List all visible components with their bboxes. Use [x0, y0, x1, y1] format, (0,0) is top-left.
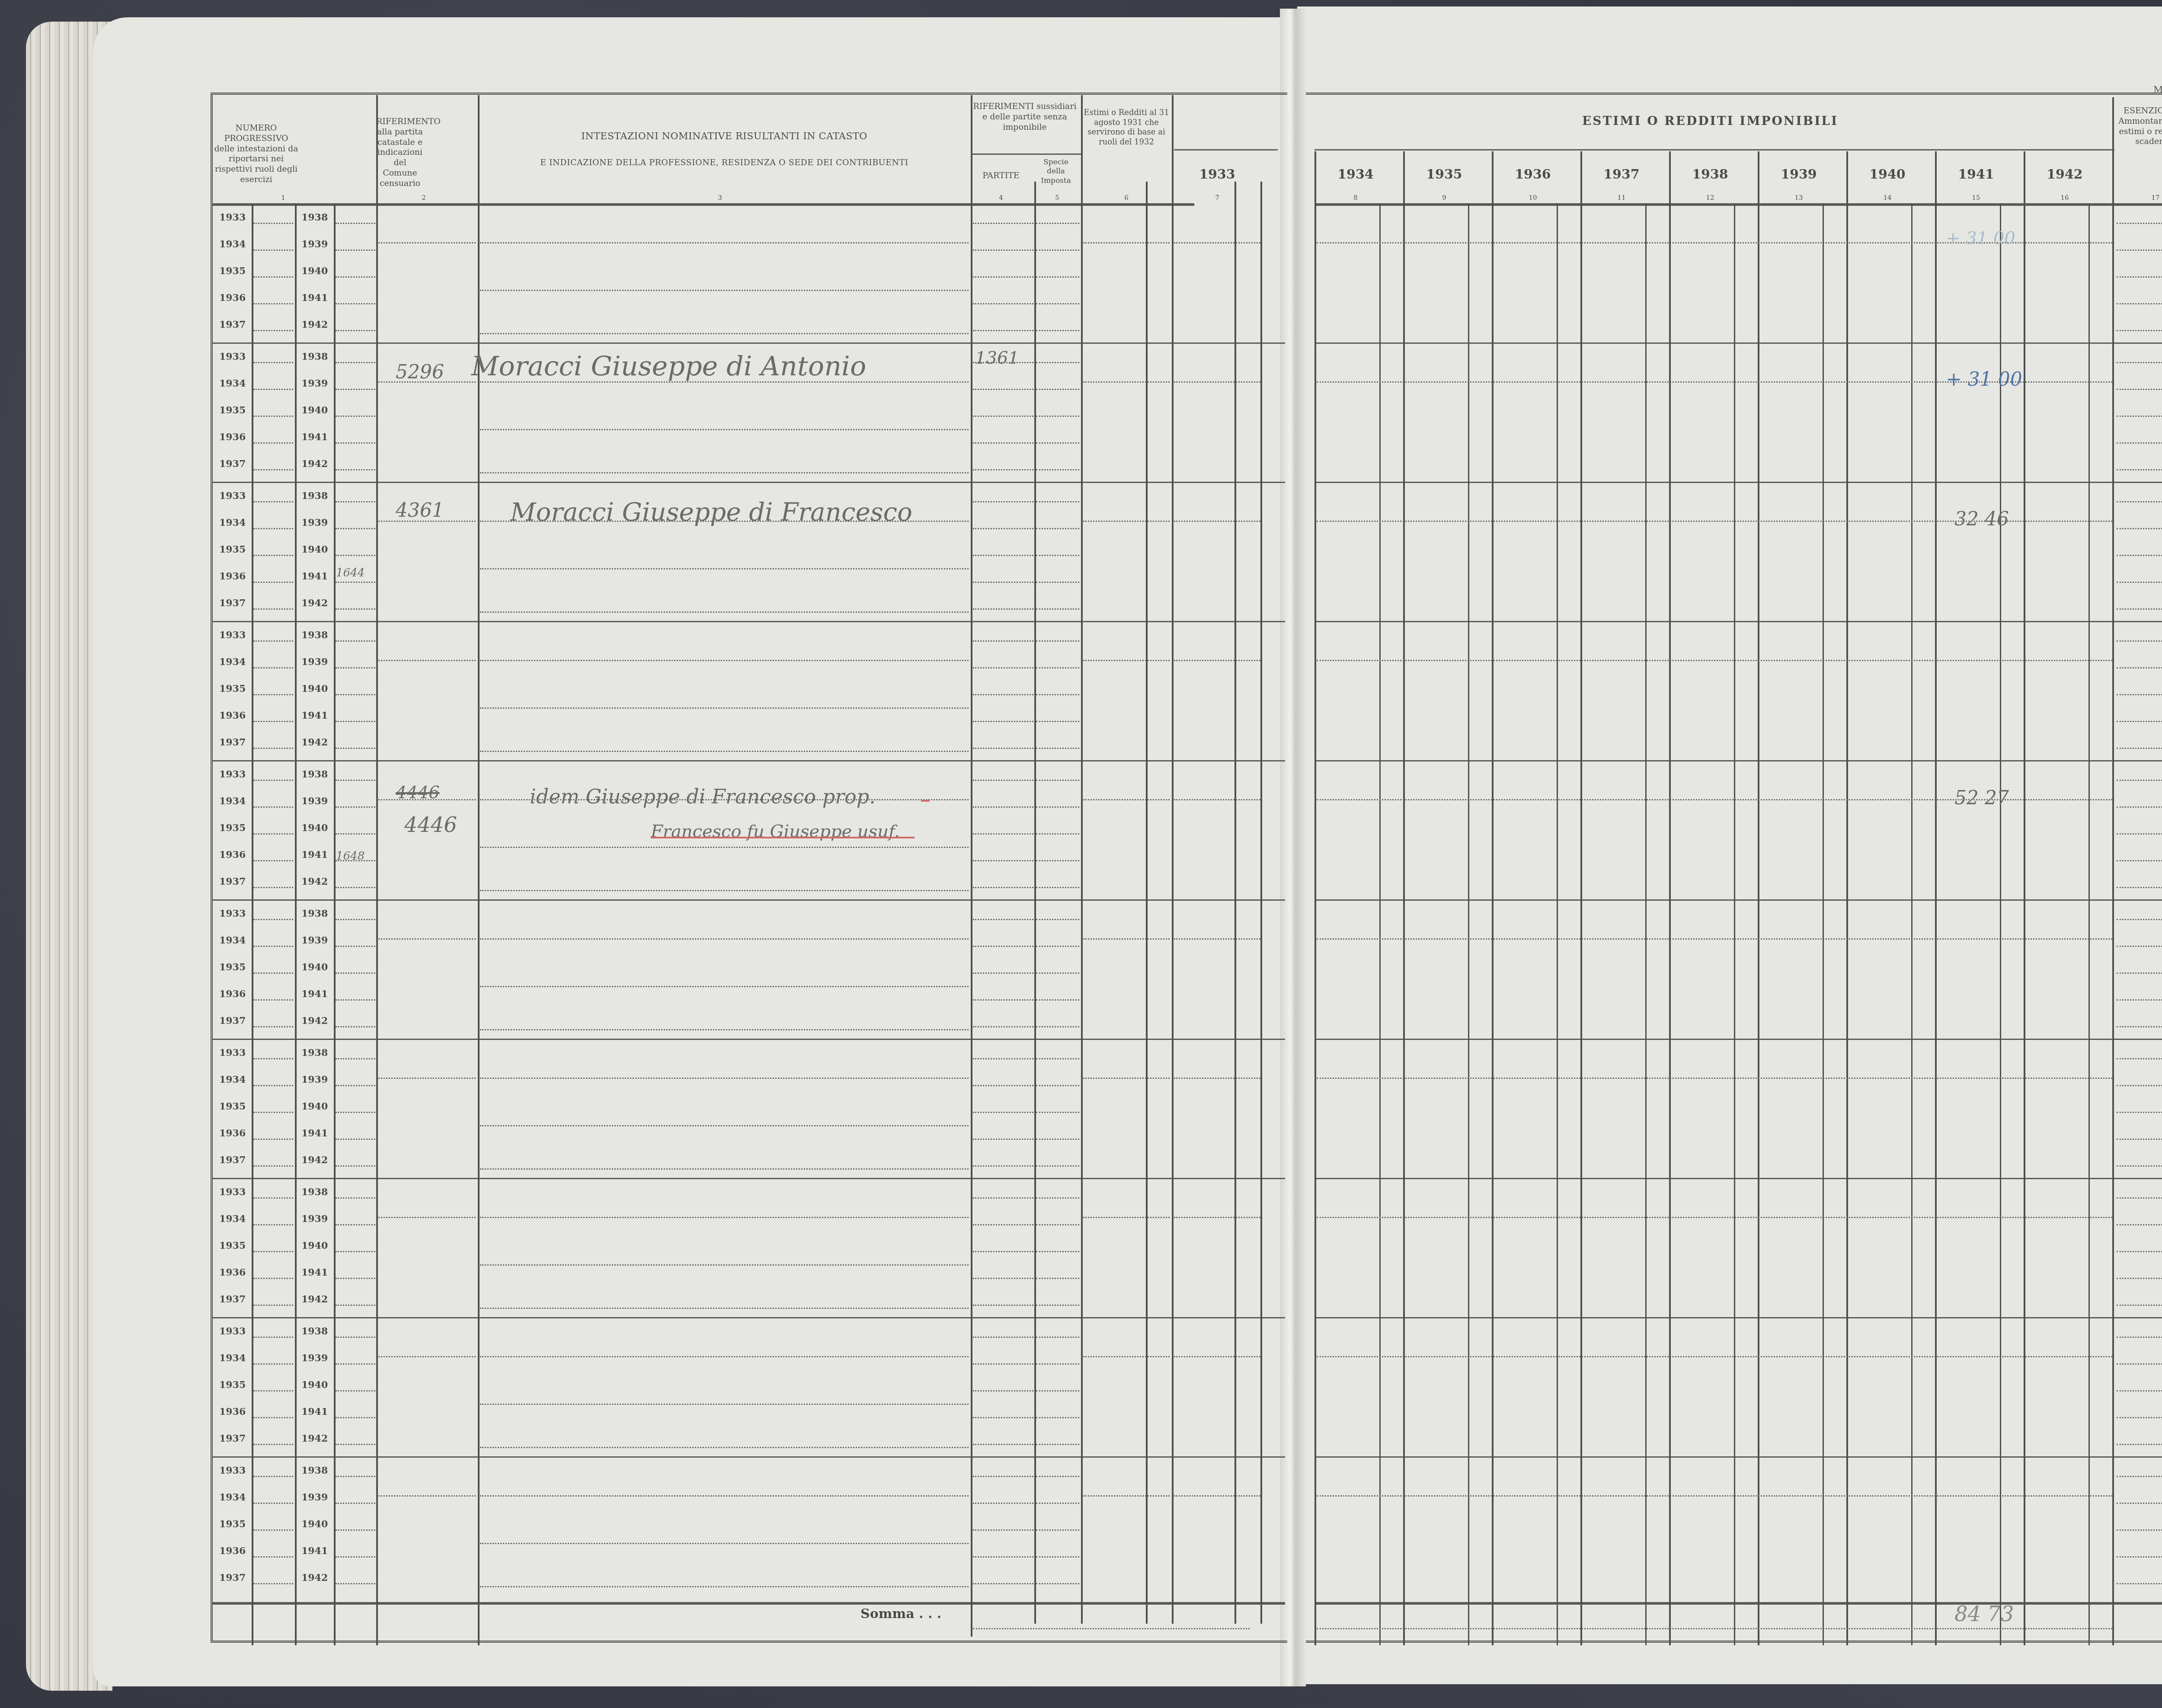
dotted-rule: [973, 748, 1033, 749]
name-dotted-rule: [480, 1543, 969, 1544]
row-year-left: 1937: [219, 1155, 246, 1166]
dotted-rule: [973, 249, 1033, 251]
dotted-rule: [973, 1628, 1250, 1629]
dotted-rule: [1036, 1112, 1079, 1113]
name-dotted-rule: [480, 1168, 969, 1170]
dotted-rule: [973, 640, 1033, 642]
header-divider: [376, 95, 378, 203]
dotted-rule: [253, 972, 293, 974]
row-year-left: 1937: [219, 598, 246, 609]
dotted-rule: [336, 582, 375, 583]
cents-divider: [2088, 203, 2090, 1645]
header-specie: Specie della Imposta: [1034, 158, 1078, 186]
row-year-right: 1940: [301, 1519, 328, 1530]
col-number: 8: [1349, 194, 1362, 202]
dotted-rule: [336, 1337, 375, 1338]
dotted-rule: [336, 667, 375, 668]
subheader-rule: [1314, 149, 2114, 150]
row-year-right: 1940: [301, 544, 328, 555]
cents-divider: [1468, 203, 1469, 1645]
dotted-rule: [253, 582, 293, 583]
dotted-rule: [1317, 1356, 2112, 1357]
dotted-rule: [973, 667, 1033, 668]
dotted-rule: [336, 1165, 375, 1167]
dotted-rule: [1036, 249, 1079, 251]
name-dotted-rule: [480, 290, 969, 291]
row-year-right: 1940: [301, 1379, 328, 1391]
dotted-rule: [2117, 1165, 2162, 1167]
header-year-1933: 1933: [1174, 166, 1260, 183]
row-year-right: 1941: [301, 1406, 328, 1417]
dotted-rule: [1317, 1078, 2112, 1079]
dotted-rule: [253, 362, 293, 363]
year-column-divider: [1669, 151, 1671, 1645]
dotted-rule: [1036, 330, 1079, 331]
dotted-rule: [973, 608, 1033, 610]
header-year: 1941: [1935, 166, 2017, 183]
row-year-right: 1938: [301, 212, 328, 223]
dotted-rule: [1174, 799, 1260, 800]
row-year-right: 1938: [301, 630, 328, 641]
name-dotted-rule: [480, 1217, 969, 1218]
dotted-rule: [1036, 1224, 1079, 1225]
dotted-rule: [336, 946, 375, 947]
dotted-rule: [1036, 362, 1079, 363]
row-year-left: 1936: [219, 571, 246, 582]
block-rule: [213, 1039, 1285, 1040]
col-number: 3: [713, 194, 726, 202]
row-year-left: 1936: [219, 432, 246, 443]
dotted-rule: [2117, 1444, 2162, 1445]
dotted-rule: [1036, 694, 1079, 695]
row-year-right: 1940: [301, 1240, 328, 1251]
dotted-rule: [336, 608, 375, 610]
dotted-rule: [2117, 223, 2162, 224]
block-rule: [1314, 482, 2162, 483]
dotted-rule: [1083, 381, 1170, 383]
dotted-rule: [1317, 938, 2112, 940]
row-year-left: 1936: [219, 1267, 246, 1278]
dotted-rule: [973, 694, 1033, 695]
row-year-left: 1933: [219, 769, 246, 780]
header-year: 1936: [1492, 166, 1574, 183]
cents-divider: [1557, 203, 1558, 1645]
dotted-rule: [253, 223, 293, 224]
dotted-rule: [336, 1583, 375, 1584]
col-number: 2: [417, 194, 430, 202]
row-year-right: 1939: [301, 1353, 328, 1364]
block-rule: [213, 482, 1285, 483]
dotted-rule: [973, 999, 1033, 1001]
dotted-rule: [378, 938, 476, 940]
dotted-rule: [253, 640, 293, 642]
col-number: 14: [1881, 194, 1894, 202]
dotted-rule: [336, 1556, 375, 1558]
dotted-rule: [973, 442, 1033, 444]
dotted-rule: [1174, 1217, 1260, 1218]
cents-divider: [2000, 203, 2001, 1645]
dotted-rule: [2117, 582, 2162, 583]
dotted-rule: [973, 1165, 1033, 1167]
column-divider: [252, 203, 253, 1645]
name-dotted-rule: [480, 472, 969, 473]
dotted-rule: [336, 999, 375, 1001]
row-year-left: 1936: [219, 1406, 246, 1417]
name-dotted-rule: [480, 660, 969, 661]
dotted-rule: [1036, 528, 1079, 529]
dotted-rule: [2117, 919, 2162, 920]
dotted-rule: [1036, 919, 1079, 920]
dotted-rule: [253, 919, 293, 920]
dotted-rule: [1317, 1217, 2112, 1218]
dotted-rule: [253, 1165, 293, 1167]
dotted-rule: [973, 555, 1033, 556]
dotted-rule: [253, 1251, 293, 1252]
row-year-right: 1939: [301, 378, 328, 389]
col-number: 1: [277, 194, 290, 202]
year-column-divider: [1758, 151, 1759, 1645]
dotted-rule: [378, 660, 476, 661]
dotted-rule: [1036, 1197, 1079, 1199]
dotted-rule: [2117, 1583, 2162, 1584]
row-year-left: 1935: [219, 822, 246, 834]
row-year-left: 1937: [219, 876, 246, 887]
dotted-rule: [1036, 1305, 1079, 1306]
dotted-rule: [973, 919, 1033, 920]
dotted-rule: [2117, 608, 2162, 610]
row-year-left: 1936: [219, 1545, 246, 1557]
row-year-left: 1936: [219, 1128, 246, 1139]
row-year-right: 1940: [301, 683, 328, 694]
col-number: 11: [1615, 194, 1628, 202]
dotted-rule: [973, 501, 1033, 502]
dotted-rule: [1174, 1356, 1260, 1357]
row-year-right: 1942: [301, 737, 328, 748]
row-year-left: 1933: [219, 1326, 246, 1337]
dotted-rule: [336, 1444, 375, 1445]
dotted-rule: [378, 1078, 476, 1079]
dotted-rule: [253, 806, 293, 808]
dotted-rule: [253, 748, 293, 749]
dotted-rule: [2117, 303, 2162, 304]
row-year-right: 1938: [301, 908, 328, 919]
dotted-rule: [253, 442, 293, 444]
dotted-rule: [1036, 555, 1079, 556]
row-year-left: 1934: [219, 1353, 246, 1364]
dotted-rule: [336, 416, 375, 417]
row-year-right: 1942: [301, 598, 328, 609]
dotted-rule: [336, 806, 375, 808]
dotted-rule: [336, 1503, 375, 1504]
dotted-rule: [973, 1390, 1033, 1391]
dotted-rule: [973, 528, 1033, 529]
block-rule: [213, 621, 1285, 622]
header-year: 1935: [1403, 166, 1485, 183]
dotted-rule: [253, 999, 293, 1001]
col-number: 17: [2149, 194, 2162, 202]
dotted-rule: [1036, 1390, 1079, 1391]
dotted-rule: [253, 389, 293, 390]
dotted-rule: [253, 887, 293, 888]
dotted-rule: [253, 1112, 293, 1113]
dotted-rule: [1036, 1165, 1079, 1167]
entry-side-note: 1644: [336, 566, 365, 579]
row-year-left: 1937: [219, 319, 246, 330]
name-dotted-rule: [480, 1586, 969, 1587]
dotted-rule: [2117, 1556, 2162, 1558]
dotted-rule: [973, 1305, 1033, 1306]
row-year-left: 1934: [219, 378, 246, 389]
dotted-rule: [1083, 1217, 1170, 1218]
name-dotted-rule: [480, 1308, 969, 1309]
col-number: 13: [1792, 194, 1805, 202]
dotted-rule: [1036, 887, 1079, 888]
name-dotted-rule: [480, 1447, 969, 1448]
cents-divider: [1823, 203, 1824, 1645]
dotted-rule: [2117, 249, 2162, 251]
dotted-rule: [2117, 887, 2162, 888]
dotted-rule: [2117, 1224, 2162, 1225]
dotted-rule: [253, 608, 293, 610]
header-esenzioni: ESENZIONI — Ammontare degli estimi o red…: [2114, 106, 2162, 147]
dotted-rule: [336, 833, 375, 835]
row-year-left: 1935: [219, 1379, 246, 1391]
row-year-left: 1934: [219, 239, 246, 250]
somma-divider: [971, 1598, 972, 1637]
dotted-rule: [1036, 1337, 1079, 1338]
dotted-rule: [253, 416, 293, 417]
column-divider: [376, 203, 378, 1645]
col-number: 5: [1051, 194, 1064, 202]
dotted-rule: [378, 1495, 476, 1497]
block-rule: [1314, 1317, 2162, 1318]
row-year-right: 1939: [301, 517, 328, 528]
entry-partita: 4361: [396, 499, 444, 521]
dotted-rule: [253, 694, 293, 695]
entry-side-note: 1648: [336, 850, 365, 863]
dotted-rule: [973, 1556, 1033, 1558]
col-number: 12: [1704, 194, 1717, 202]
dotted-rule: [1174, 938, 1260, 940]
dotted-rule: [1317, 1495, 2112, 1497]
row-year-left: 1933: [219, 1465, 246, 1476]
row-year-right: 1938: [301, 351, 328, 362]
dotted-rule: [973, 1085, 1033, 1086]
dotted-rule: [253, 1363, 293, 1365]
dotted-rule: [253, 1085, 293, 1086]
dotted-rule: [336, 1417, 375, 1418]
dotted-rule: [253, 721, 293, 722]
row-year-right: 1942: [301, 1433, 328, 1444]
name-dotted-rule: [480, 568, 969, 569]
row-year-left: 1937: [219, 1294, 246, 1305]
dotted-rule: [973, 1139, 1033, 1140]
column-divider: [971, 182, 972, 1624]
row-year-right: 1942: [301, 1294, 328, 1305]
dotted-rule: [1036, 640, 1079, 642]
dotted-rule: [2117, 721, 2162, 722]
name-dotted-rule: [480, 938, 969, 940]
dotted-rule: [336, 1305, 375, 1306]
row-year-left: 1936: [219, 292, 246, 304]
dotted-rule: [2117, 1476, 2162, 1477]
dotted-rule: [1174, 521, 1260, 522]
dotted-rule: [2117, 1417, 2162, 1418]
name-dotted-rule: [480, 429, 969, 430]
entry-partita: 5296: [396, 361, 444, 383]
header-year: 1934: [1314, 166, 1397, 183]
entry-name: idem Giuseppe di Francesco prop.: [530, 785, 876, 808]
dotted-rule: [336, 501, 375, 502]
dotted-rule: [2117, 469, 2162, 470]
dotted-rule: [253, 528, 293, 529]
dotted-rule: [1036, 469, 1079, 470]
cents-divider: [1734, 203, 1735, 1645]
dotted-rule: [253, 1390, 293, 1391]
name-dotted-rule: [480, 751, 969, 752]
block-rule: [1314, 1456, 2162, 1458]
header-year: 1938: [1669, 166, 1751, 183]
dotted-rule: [2117, 1305, 2162, 1306]
dotted-rule: [253, 249, 293, 251]
header-year: 1937: [1580, 166, 1663, 183]
row-year-left: 1935: [219, 1101, 246, 1112]
header-riferimento: RIFERIMENTO alla partita catastale e ind…: [376, 117, 424, 189]
row-year-right: 1941: [301, 710, 328, 721]
row-year-left: 1934: [219, 796, 246, 807]
dotted-rule: [378, 1217, 476, 1218]
row-year-right: 1939: [301, 1074, 328, 1085]
header-professione: E INDICAZIONE DELLA PROFESSIONE, RESIDEN…: [480, 158, 969, 168]
block-rule: [213, 760, 1285, 761]
header-divider: [478, 95, 480, 203]
header-divider: [971, 95, 972, 203]
dotted-rule: [2117, 780, 2162, 781]
dotted-rule: [1036, 389, 1079, 390]
header-estimi-imponibili: ESTIMI O REDDITI IMPONIBILI: [1306, 113, 2114, 128]
subheader-rule: [971, 154, 1081, 155]
dotted-rule: [1036, 416, 1079, 417]
header-numero-progressivo: NUMERO PROGRESSIVO delle intestazioni da…: [214, 123, 298, 185]
entry-partita: 4446: [404, 813, 457, 837]
dotted-rule: [973, 1476, 1033, 1477]
dotted-rule: [336, 276, 375, 278]
year-column-divider: [2024, 151, 2025, 1645]
dotted-rule: [973, 1224, 1033, 1225]
dotted-rule: [1036, 748, 1079, 749]
dotted-rule: [336, 780, 375, 781]
dotted-rule: [1036, 999, 1079, 1001]
dotted-rule: [336, 1529, 375, 1531]
dotted-rule: [2117, 1026, 2162, 1027]
dotted-rule: [1174, 381, 1260, 383]
row-year-right: 1942: [301, 1155, 328, 1166]
row-year-right: 1938: [301, 1465, 328, 1476]
dotted-rule: [253, 946, 293, 947]
block-rule: [213, 1456, 1285, 1458]
dotted-rule: [253, 1583, 293, 1584]
name-dotted-rule: [480, 847, 969, 848]
name-dotted-rule: [480, 707, 969, 709]
dotted-rule: [336, 1026, 375, 1027]
dotted-rule: [1036, 1476, 1079, 1477]
dotted-rule: [336, 1139, 375, 1140]
entry-ref: 1361: [975, 348, 1019, 368]
name-dotted-rule: [480, 890, 969, 891]
dotted-rule: [2117, 442, 2162, 444]
dotted-rule: [2117, 528, 2162, 529]
row-year-right: 1942: [301, 1015, 328, 1027]
dotted-rule: [1036, 1529, 1079, 1531]
row-year-right: 1941: [301, 292, 328, 304]
dotted-rule: [1174, 1078, 1260, 1079]
row-year-left: 1937: [219, 1572, 246, 1583]
dotted-rule: [973, 416, 1033, 417]
dotted-rule: [973, 303, 1033, 304]
dotted-rule: [1036, 1278, 1079, 1279]
row-year-right: 1938: [301, 1047, 328, 1059]
dotted-rule: [1174, 242, 1260, 243]
dotted-rule: [2117, 1503, 2162, 1504]
dotted-rule: [973, 887, 1033, 888]
somma-label: Somma . . .: [860, 1606, 941, 1622]
table-bottom-rule: [213, 1602, 1285, 1605]
dotted-rule: [253, 1058, 293, 1059]
row-year-right: 1941: [301, 849, 328, 860]
row-year-left: 1934: [219, 1074, 246, 1085]
dotted-rule: [1036, 946, 1079, 947]
dotted-rule: [2117, 748, 2162, 749]
dotted-rule: [1036, 1251, 1079, 1252]
col-number: 15: [1970, 194, 1983, 202]
dotted-rule: [336, 1278, 375, 1279]
dotted-rule: [973, 469, 1033, 470]
block-rule: [213, 1178, 1285, 1179]
row-year-left: 1936: [219, 988, 246, 1000]
row-year-left: 1935: [219, 962, 246, 973]
dotted-rule: [253, 1556, 293, 1558]
dotted-rule: [253, 667, 293, 668]
row-year-right: 1941: [301, 571, 328, 582]
dotted-rule: [1036, 582, 1079, 583]
dotted-rule: [1036, 1085, 1079, 1086]
row-year-left: 1933: [219, 351, 246, 362]
row-year-left: 1933: [219, 212, 246, 223]
year-column-divider: [1314, 151, 1316, 1645]
row-year-right: 1942: [301, 1572, 328, 1583]
dotted-rule: [253, 555, 293, 556]
dotted-rule: [973, 582, 1033, 583]
dotted-rule: [2117, 1139, 2162, 1140]
dotted-rule: [1036, 1139, 1079, 1140]
dotted-rule: [973, 1529, 1033, 1531]
year-column-divider: [1403, 151, 1405, 1645]
dotted-rule: [253, 469, 293, 470]
row-year-right: 1939: [301, 1492, 328, 1503]
dotted-rule: [336, 303, 375, 304]
row-year-right: 1942: [301, 876, 328, 887]
dotted-rule: [1036, 1058, 1079, 1059]
block-rule: [1314, 899, 2162, 901]
column-divider: [1081, 182, 1083, 1624]
dotted-rule: [253, 860, 293, 861]
dotted-rule: [2117, 1529, 2162, 1531]
name-dotted-rule: [480, 1495, 969, 1497]
dotted-rule: [253, 330, 293, 331]
dotted-rule: [973, 1251, 1033, 1252]
dotted-rule: [1036, 833, 1079, 835]
dotted-rule: [2117, 860, 2162, 861]
